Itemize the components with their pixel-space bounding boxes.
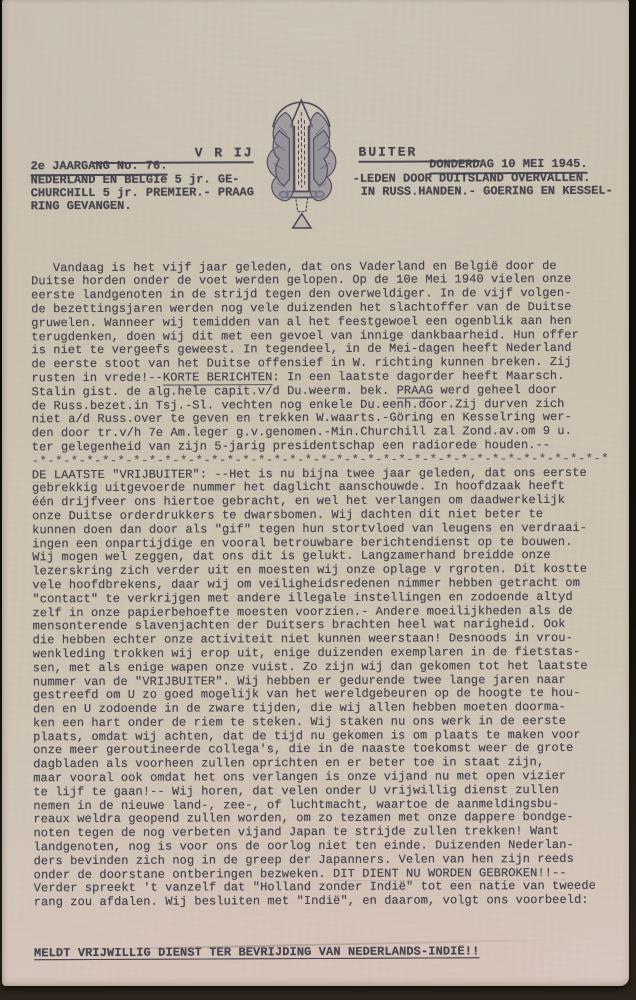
body-text-segment: terugdenken, doen wij dit met een gevoel… [31,328,579,344]
body-text-segment: de eerste stoot van het Duitse offensief… [31,356,571,372]
body-text-segment: nemen in de nieuwe land-, zee-, of lucht… [33,797,559,813]
body-text-segment: landgenoten, nog is voor ons de oorlog n… [34,839,574,855]
body-text-segment: Wij mogen wel zeggen, dat ons dit is gel… [32,549,550,565]
body-text-segment: Vandaag is het vijf jaar geleden, dat on… [31,259,557,275]
section-divider: -*-*-*-*-*-*-*-*-*-*-*-*-*-*-*-*-*-*-*-*… [32,452,610,468]
body-text-segment: "contact" te verkrijgen met andere illeg… [32,590,572,606]
body-text-segment: sen, met als enige wapen onze vuist. Zo … [33,659,588,675]
body-text-segment: den en U zodoende in de zware tijden, di… [33,701,566,717]
body-text-segment: maar vooral ook omdat het ons verlangen … [33,770,566,786]
torch-emblem-icon [246,86,357,238]
article-lines: Vandaag is het vijf jaar geleden, dat on… [31,259,612,910]
body-text-segment: : In een laatste dagorder heeft Maarsch. [272,370,564,384]
headline-right-2: IN RUSS.HANDEN.- GOERING EN KESSEL- [361,185,613,199]
body-text-segment: kunnen doen dan door als "gif" tegen hun… [32,521,587,537]
article-body: Vandaag is het vijf jaar geleden, dat on… [31,232,612,989]
body-text-segment: lezerskring zich verder uit en moesten w… [32,563,587,579]
body-text-segment: ingen een onpartijdige en vooral betrouw… [32,535,572,551]
body-text-segment: te lijf te gaan!-- Wij horen, dat velen … [33,784,559,800]
body-text-segment: de Russ.bezet.in Tsj.-Sl. vechten nog en… [32,397,565,413]
date-line: DONDERDAG 10 MEI 1945. [429,158,587,172]
body-text-segment: ken een hart onder de riem te steken. Wi… [33,715,566,731]
body-text-segment: onze Duitse orderdrukkers te dwarsbomen.… [32,508,543,524]
body-text-segment: is niet te vergeefs geweest. In tegendee… [31,342,571,358]
body-line: rang zou afdalen. Wij besluiten met "Ind… [34,894,612,910]
underlined-text: DIT DIENT NU WORDEN GEBROKEN!!-- [333,866,567,881]
body-text-segment: één drijfveer ons hiertoe gebracht, en w… [32,494,565,510]
underlined-text: PRAAG [397,383,434,398]
body-text-segment: rusten in vrede!-- [31,371,162,386]
body-text-segment: onder de doorstane ontberingen bezweken. [34,867,333,882]
body-text-segment: wenkleding trokken wij erop uit, enige d… [33,646,581,662]
body-text-segment: die hebben echter onze activiteit niet k… [33,632,573,648]
underlined-text: DE LAATSTE "VRIJBUITER" [32,467,200,483]
body-text-segment: -*-*-*-*-*-*-*-*-*-*-*-*-*-*-*-*-*-*-*-*… [32,452,609,468]
body-text-segment: : --Het is nu bijna twee jaar geleden, d… [200,466,587,481]
issue-number: 2e JAARGANG No. 76. [31,160,168,174]
body-text-segment: de bezettingsjaren werden nog vele duize… [31,301,571,317]
photo-of-document: { "masthead": { "title_left": "V R IJ", … [0,0,636,1000]
body-text-segment: dagbladen als voorheen zullen oprichten … [33,756,544,772]
body-text-segment: Stalin gist. de alg.hele capit.v/d Du.we… [32,383,397,399]
body-text-segment: rang zou afdalen. Wij besluiten met "Ind… [34,894,589,910]
body-text-segment: gebrekkig uitgevoerde nummer het daglich… [32,480,565,496]
body-text-segment: Verder spreekt 't vanzelf dat "Holland z… [34,880,596,896]
headline-left-3: RING GEVANGEN. [31,200,132,213]
sheet-content: V R IJ BUITER [0,0,631,987]
body-text-segment: eerste landgenoten in de strijd tegen de… [31,287,571,303]
body-text-segment: zelf in onze papierbehoefte moesten voor… [32,604,572,620]
body-text-segment: gestreefd om U zo goed mogelijk van het … [33,687,581,703]
underlined-text: KORTE BERICHTEN [163,370,273,385]
body-text-segment: nummer van de "VRIJBUITER". Wij hebben e… [33,673,566,689]
body-text-segment: noten tegen de nog verbeten vijand Japan… [33,825,559,841]
body-text-segment: plaats, omdat wij achten, dat de tijd nu… [33,728,581,744]
body-text-segment: mensonterende slavenjachten der Duitsers… [33,618,566,634]
body-text-segment: onze meer geroutineerde collega's, die i… [33,742,573,758]
body-text-segment: Duitse horden onder de voet werden gelop… [31,273,571,289]
body-text-segment: ter gelegenheid van zijn 5-jarig preside… [32,439,550,455]
body-text-segment: werd geheel door [433,383,557,397]
body-text-segment: ders bevinden zich nog in de greep der J… [34,853,574,869]
body-text-segment: vele hoofdbrekens, daar wij om veilighei… [32,577,580,593]
body-text-segment: reaux weldra geopend zullen worden, om z… [33,811,573,827]
body-text-segment: den door tr.v/h 7e Am.leger g.v.genomen.… [32,425,572,441]
body-text-segment: niet a/d Russ.over te geven en trekken W… [32,411,572,427]
body-text-segment: gruwelen. Wanneer wij temidden van al he… [31,314,571,330]
newspaper-sheet: V R IJ BUITER [2,0,629,986]
closing-appeal: MELDT VRIJWILLIG DIENST TER BEVRIJDING V… [34,944,612,960]
